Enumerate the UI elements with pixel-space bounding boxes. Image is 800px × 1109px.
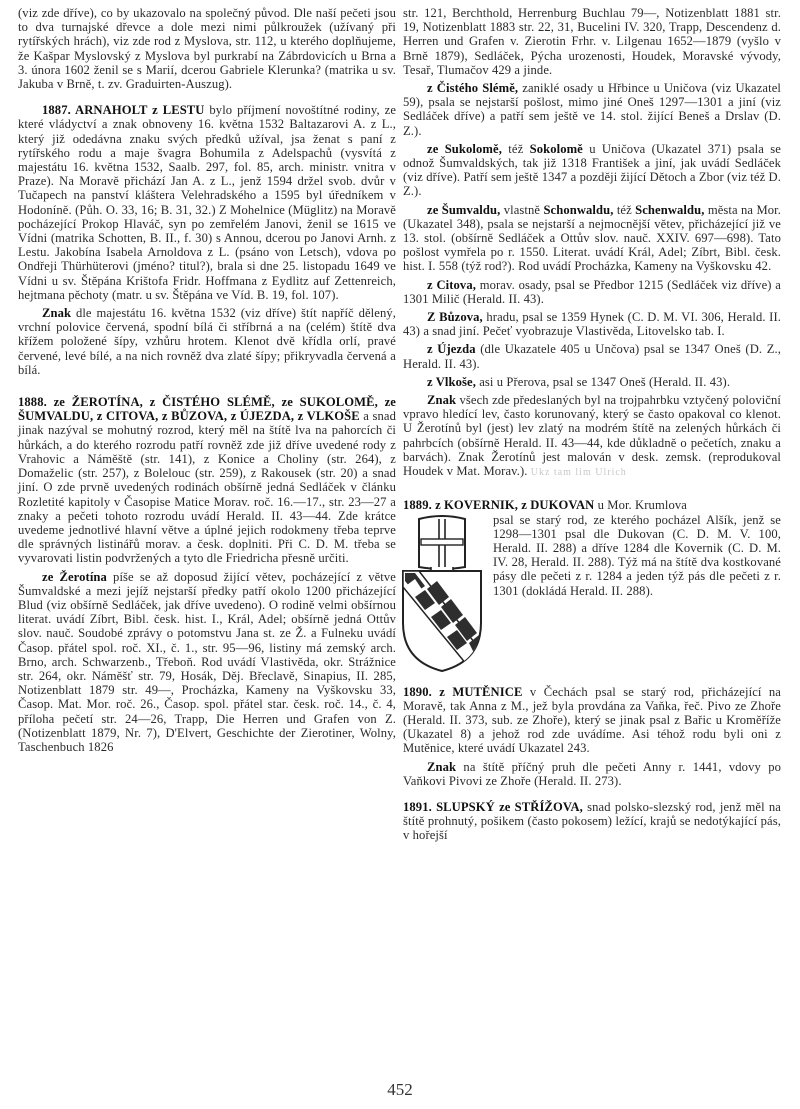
- znak-text: dle majestátu 16. května 1532 (viz dříve…: [18, 306, 396, 377]
- subentry-label-alt: Schonwaldu,: [543, 203, 613, 217]
- connector-text: vlastně: [500, 203, 543, 217]
- entry-text: a snad jinak nazýval se mohutný rozrod, …: [18, 409, 396, 565]
- entry-heading: 1890. z MUTĚNICE: [403, 685, 522, 699]
- subentry-label-alt: Schenwaldu,: [635, 203, 704, 217]
- entry-heading: 1888. ze ŽEROTÍNA, z ČISTÉHO SLÉMĚ, ze S…: [18, 395, 396, 423]
- subentry-label: z Vlkoše,: [427, 375, 476, 389]
- right-column: str. 121, Berchthold, Herrenburg Buchlau…: [403, 6, 781, 843]
- subentry-label: ze Žerotína: [42, 570, 107, 584]
- entry-heading: 1891. SLUPSKÝ ze STŘÍŽOVA,: [403, 800, 583, 814]
- subentry-sumvaldu: ze Šumvaldu, vlastně Schonwaldu, též Sch…: [403, 203, 781, 274]
- subentry-sukolome: ze Sukolomě, též Sokolomě u Uničova (Uka…: [403, 142, 781, 199]
- znak-text: na štítě příčný pruh dle pečeti Anny r. …: [403, 760, 781, 788]
- left-column: (viz zde dříve), co by ukazovalo na spol…: [18, 6, 396, 754]
- subentry-text: asi u Přerova, psal se 1347 Oneš (Herald…: [476, 375, 730, 389]
- continued-paragraph: str. 121, Berchthold, Herrenburg Buchlau…: [403, 6, 781, 77]
- subentry-label: z Čistého Slémě,: [427, 81, 518, 95]
- znak-paragraph: Znak všech zde předeslaných byl na trojp…: [403, 393, 781, 480]
- entry-heading: 1889. z KOVERNIK, z DUKOVAN: [403, 498, 594, 512]
- entry-1889: 1889. z KOVERNIK, z DUKOVAN u Mor. Kruml…: [403, 498, 781, 672]
- znak-label: Znak: [427, 760, 456, 774]
- subentry-buzova: Z Bůzova, hradu, psal se 1359 Hynek (C. …: [403, 310, 781, 338]
- subentry-label: ze Sukolomě,: [427, 142, 502, 156]
- entry-1890: 1890. z MUTĚNICE v Čechách psal se starý…: [403, 685, 781, 788]
- znak-label: Znak: [427, 393, 456, 407]
- entry-text: bylo příjmení novoštítné rodiny, ze kter…: [18, 103, 396, 302]
- znak-label: Znak: [42, 306, 71, 320]
- subentry-label: z Citova,: [427, 278, 476, 292]
- subentry-label-alt: Sokolomě: [530, 142, 583, 156]
- subentry-vlkose: z Vlkoše, asi u Přerova, psal se 1347 On…: [403, 375, 781, 389]
- connector-text: též: [502, 142, 530, 156]
- entry-heading: 1887. ARNAHOLT z LESTU: [42, 103, 205, 117]
- znak-text: všech zde předeslaných byl na trojpahrbk…: [403, 393, 781, 478]
- subentry-label: ze Šumvaldu,: [427, 203, 500, 217]
- heading-tail: u Mor. Krumlova: [594, 498, 687, 512]
- coat-of-arms-icon: [401, 515, 483, 673]
- page-number: 452: [0, 1080, 800, 1100]
- bleed-through-text: Ukz tam lim Ulrich: [531, 467, 627, 478]
- entry-1891: 1891. SLUPSKÝ ze STŘÍŽOVA, snad polsko-s…: [403, 800, 781, 843]
- entry-1888: 1888. ze ŽEROTÍNA, z ČISTÉHO SLÉMĚ, ze S…: [18, 395, 396, 754]
- subentry-text: píše se až doposud žijící větev, pocháze…: [18, 570, 396, 754]
- subentry-ujezda: z Újezda (dle Ukazatele 405 u Unčova) ps…: [403, 342, 781, 370]
- subentry-label: z Újezda: [427, 342, 476, 356]
- continued-paragraph: (viz zde dříve), co by ukazovalo na spol…: [18, 6, 396, 91]
- subentry-ciste-sleme: z Čistého Slémě, zaniklé osady u Hřbince…: [403, 81, 781, 138]
- subentry-citova: z Citova, morav. osady, psal se Předbor …: [403, 278, 781, 306]
- entry-1887: 1887. ARNAHOLT z LESTU bylo příjmení nov…: [18, 103, 396, 377]
- subentry-label: Z Bůzova,: [427, 310, 483, 324]
- connector-text: též: [613, 203, 635, 217]
